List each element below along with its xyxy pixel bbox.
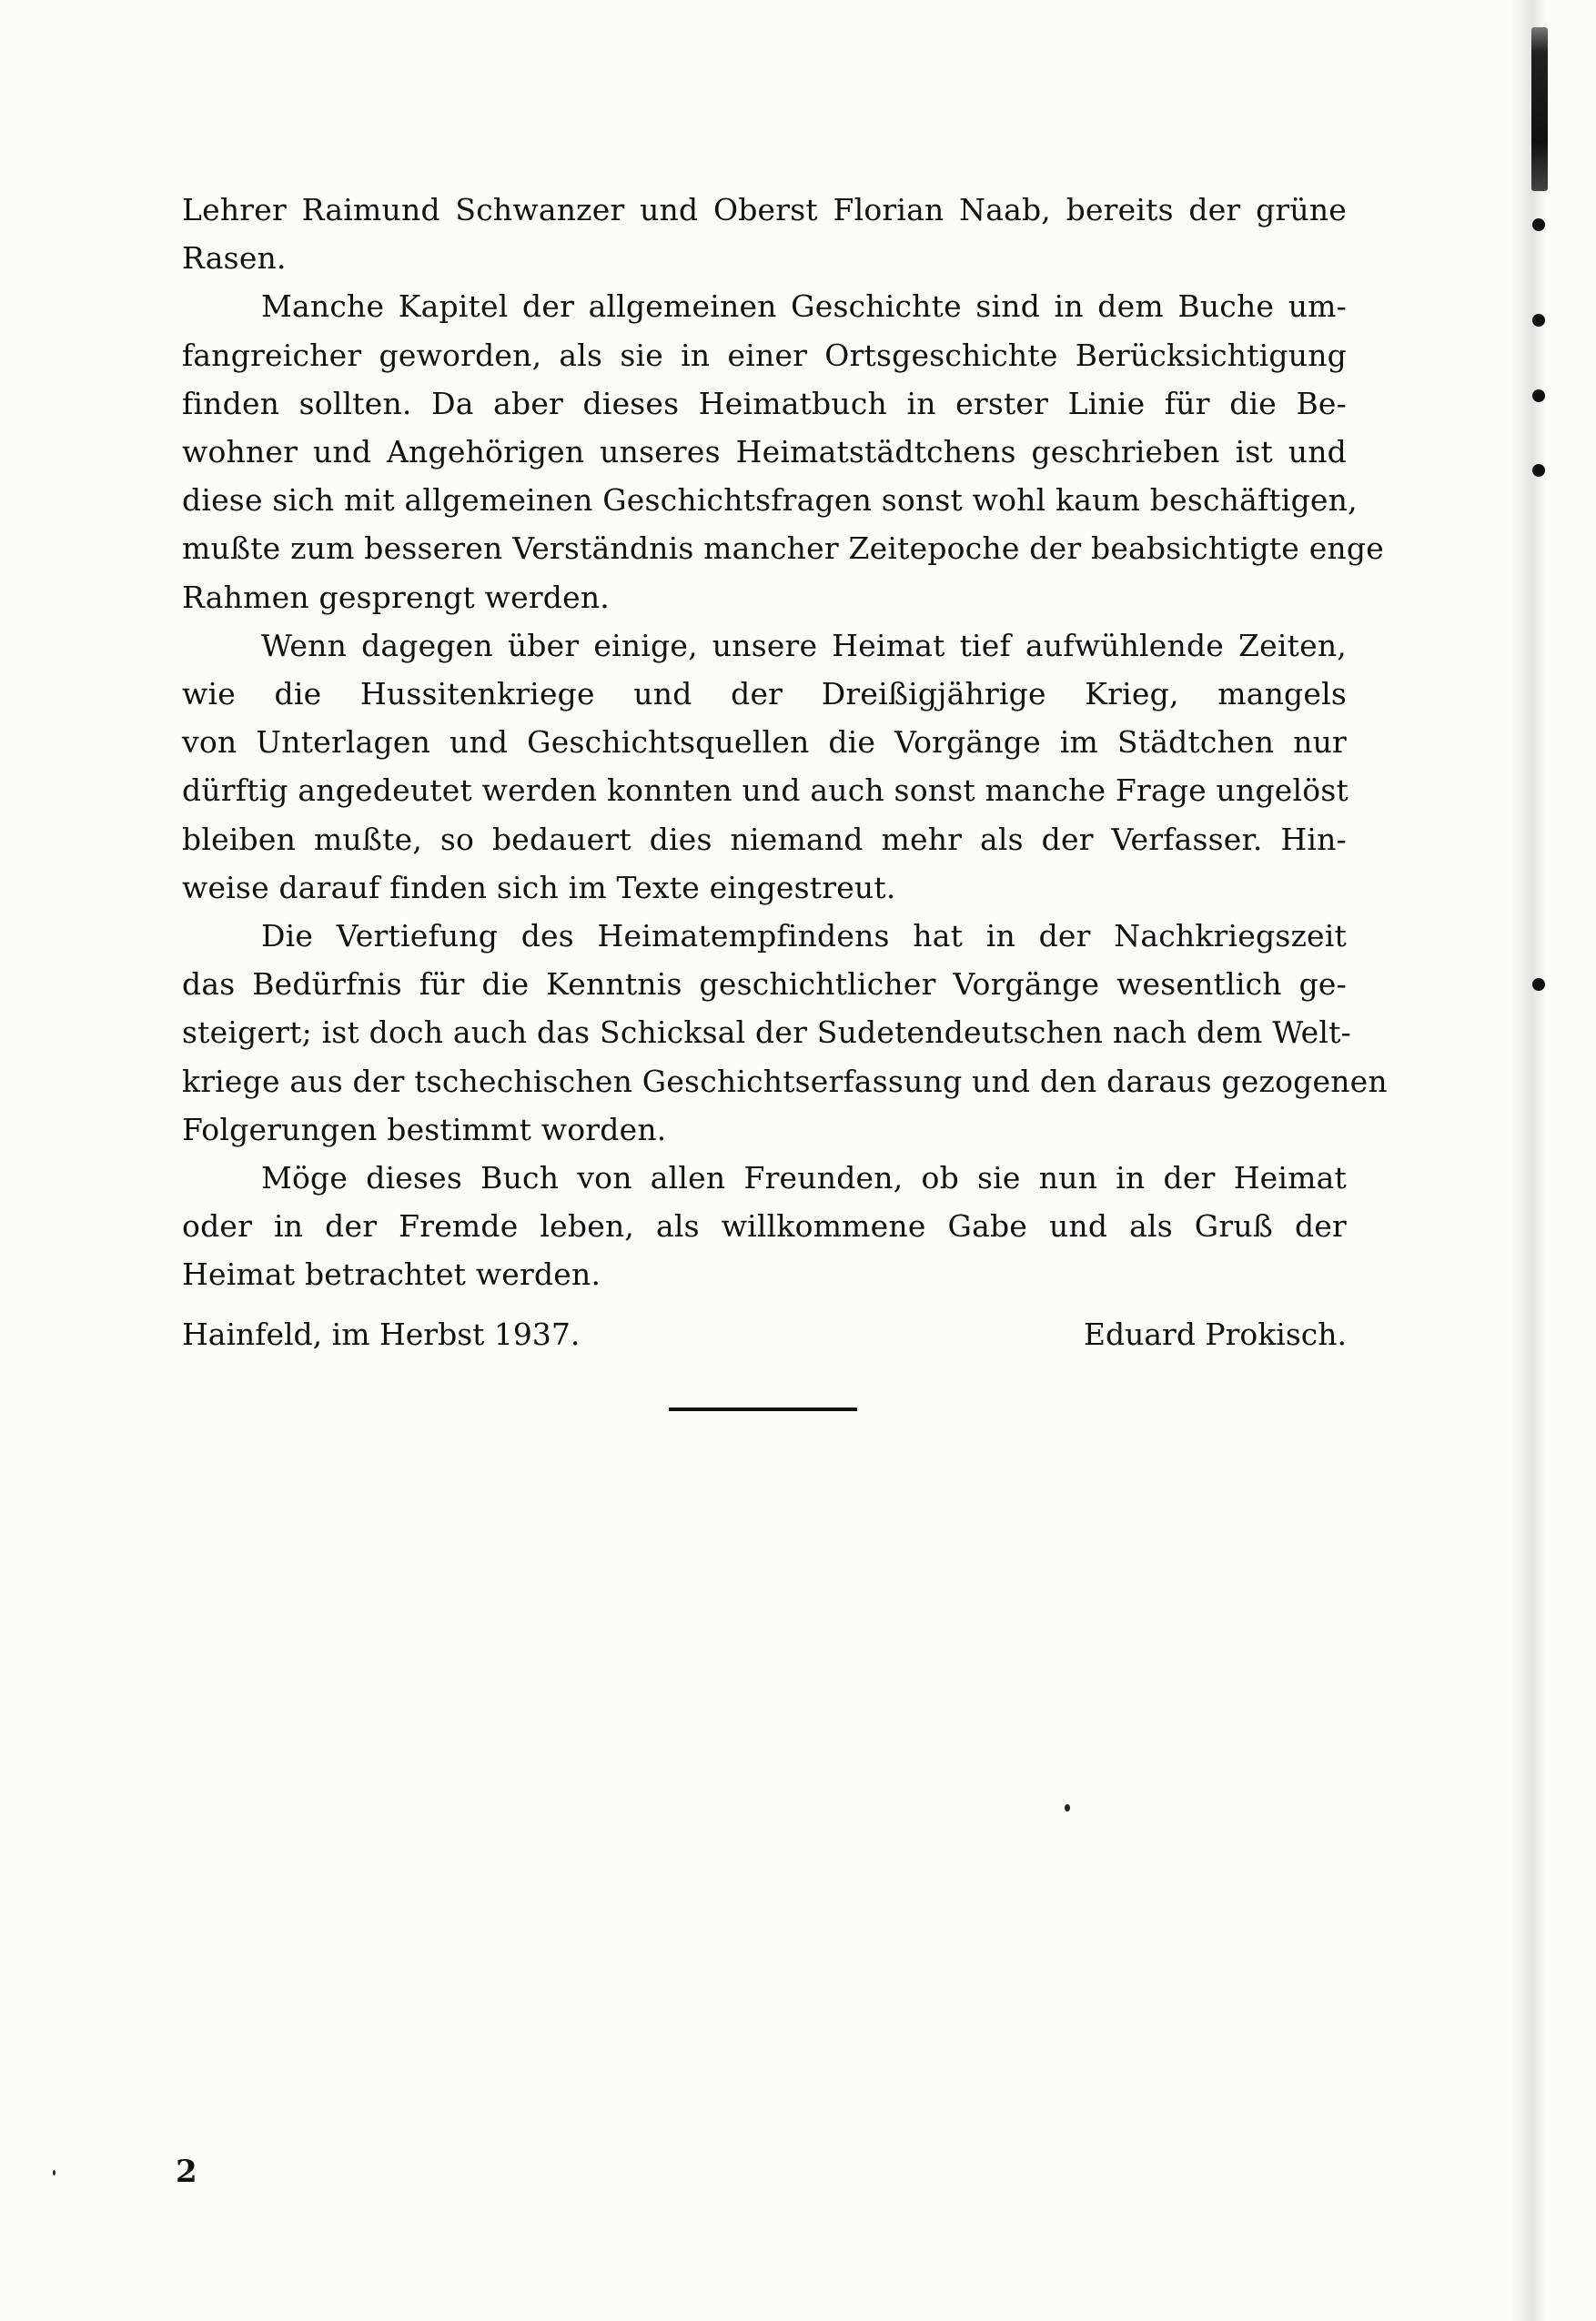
text-line: steigert; ist doch auch das Schicksal de… bbox=[182, 1008, 1347, 1056]
text-line: wohner und Angehörigen unseres Heimatstä… bbox=[182, 428, 1347, 476]
page-gutter-shadow bbox=[1510, 0, 1547, 2321]
text-line: von Unterlagen und Geschichtsquellen die… bbox=[182, 718, 1347, 766]
page-number: 2 bbox=[176, 2156, 197, 2187]
binding-stitch bbox=[1532, 978, 1545, 991]
text-line: mußte zum besseren Verständnis mancher Z… bbox=[182, 524, 1347, 572]
paper-speck bbox=[53, 2170, 56, 2175]
body-text: Lehrer Raimund Schwanzer und Oberst Flor… bbox=[182, 186, 1347, 1299]
text-line: finden sollten. Da aber dieses Heimatbuc… bbox=[182, 379, 1347, 428]
text-line: Folgerungen bestimmt worden. bbox=[182, 1105, 1347, 1154]
text-line: Lehrer Raimund Schwanzer und Oberst Flor… bbox=[182, 186, 1347, 234]
binding-stitch bbox=[1532, 314, 1545, 327]
author-signature: Eduard Prokisch. bbox=[1084, 1310, 1347, 1358]
text-line: Rasen. bbox=[182, 234, 1347, 282]
binding-tape bbox=[1531, 27, 1548, 191]
text-line: fangreicher geworden, als sie in einer O… bbox=[182, 331, 1347, 379]
text-line: weise darauf finden sich im Texte einges… bbox=[182, 863, 1347, 912]
text-line: bleiben mußte, so bedauert dies niemand … bbox=[182, 815, 1347, 863]
place-and-date: Hainfeld, im Herbst 1937. bbox=[182, 1310, 580, 1358]
section-separator-rule bbox=[669, 1408, 857, 1411]
text-line: oder in der Fremde leben, als willkommen… bbox=[182, 1202, 1347, 1250]
text-line: Heimat betrachtet werden. bbox=[182, 1250, 1347, 1298]
text-line: wie die Hussitenkriege und der Dreißigjä… bbox=[182, 670, 1347, 718]
text-line: Wenn dagegen über einige, unsere Heimat … bbox=[182, 621, 1347, 670]
paper-speck bbox=[1065, 1804, 1070, 1811]
text-line: Manche Kapitel der allgemeinen Geschicht… bbox=[182, 282, 1347, 330]
binding-stitch bbox=[1532, 464, 1545, 477]
text-line: kriege aus der tschechischen Geschichtse… bbox=[182, 1057, 1347, 1105]
text-line: das Bedürfnis für die Kenntnis geschicht… bbox=[182, 960, 1347, 1008]
text-line: dürftig angedeutet werden konnten und au… bbox=[182, 766, 1347, 814]
binding-stitch bbox=[1532, 389, 1545, 402]
text-line: diese sich mit allgemeinen Geschichtsfra… bbox=[182, 476, 1347, 524]
text-line: Die Vertiefung des Heimatempfindens hat … bbox=[182, 912, 1347, 960]
binding-stitch bbox=[1532, 218, 1545, 231]
text-line: Rahmen gesprengt werden. bbox=[182, 573, 1347, 621]
closing-line: Hainfeld, im Herbst 1937. Eduard Prokisc… bbox=[182, 1310, 1347, 1358]
text-line: Möge dieses Buch von allen Freunden, ob … bbox=[182, 1154, 1347, 1202]
book-page: Lehrer Raimund Schwanzer und Oberst Flor… bbox=[0, 0, 1596, 2321]
